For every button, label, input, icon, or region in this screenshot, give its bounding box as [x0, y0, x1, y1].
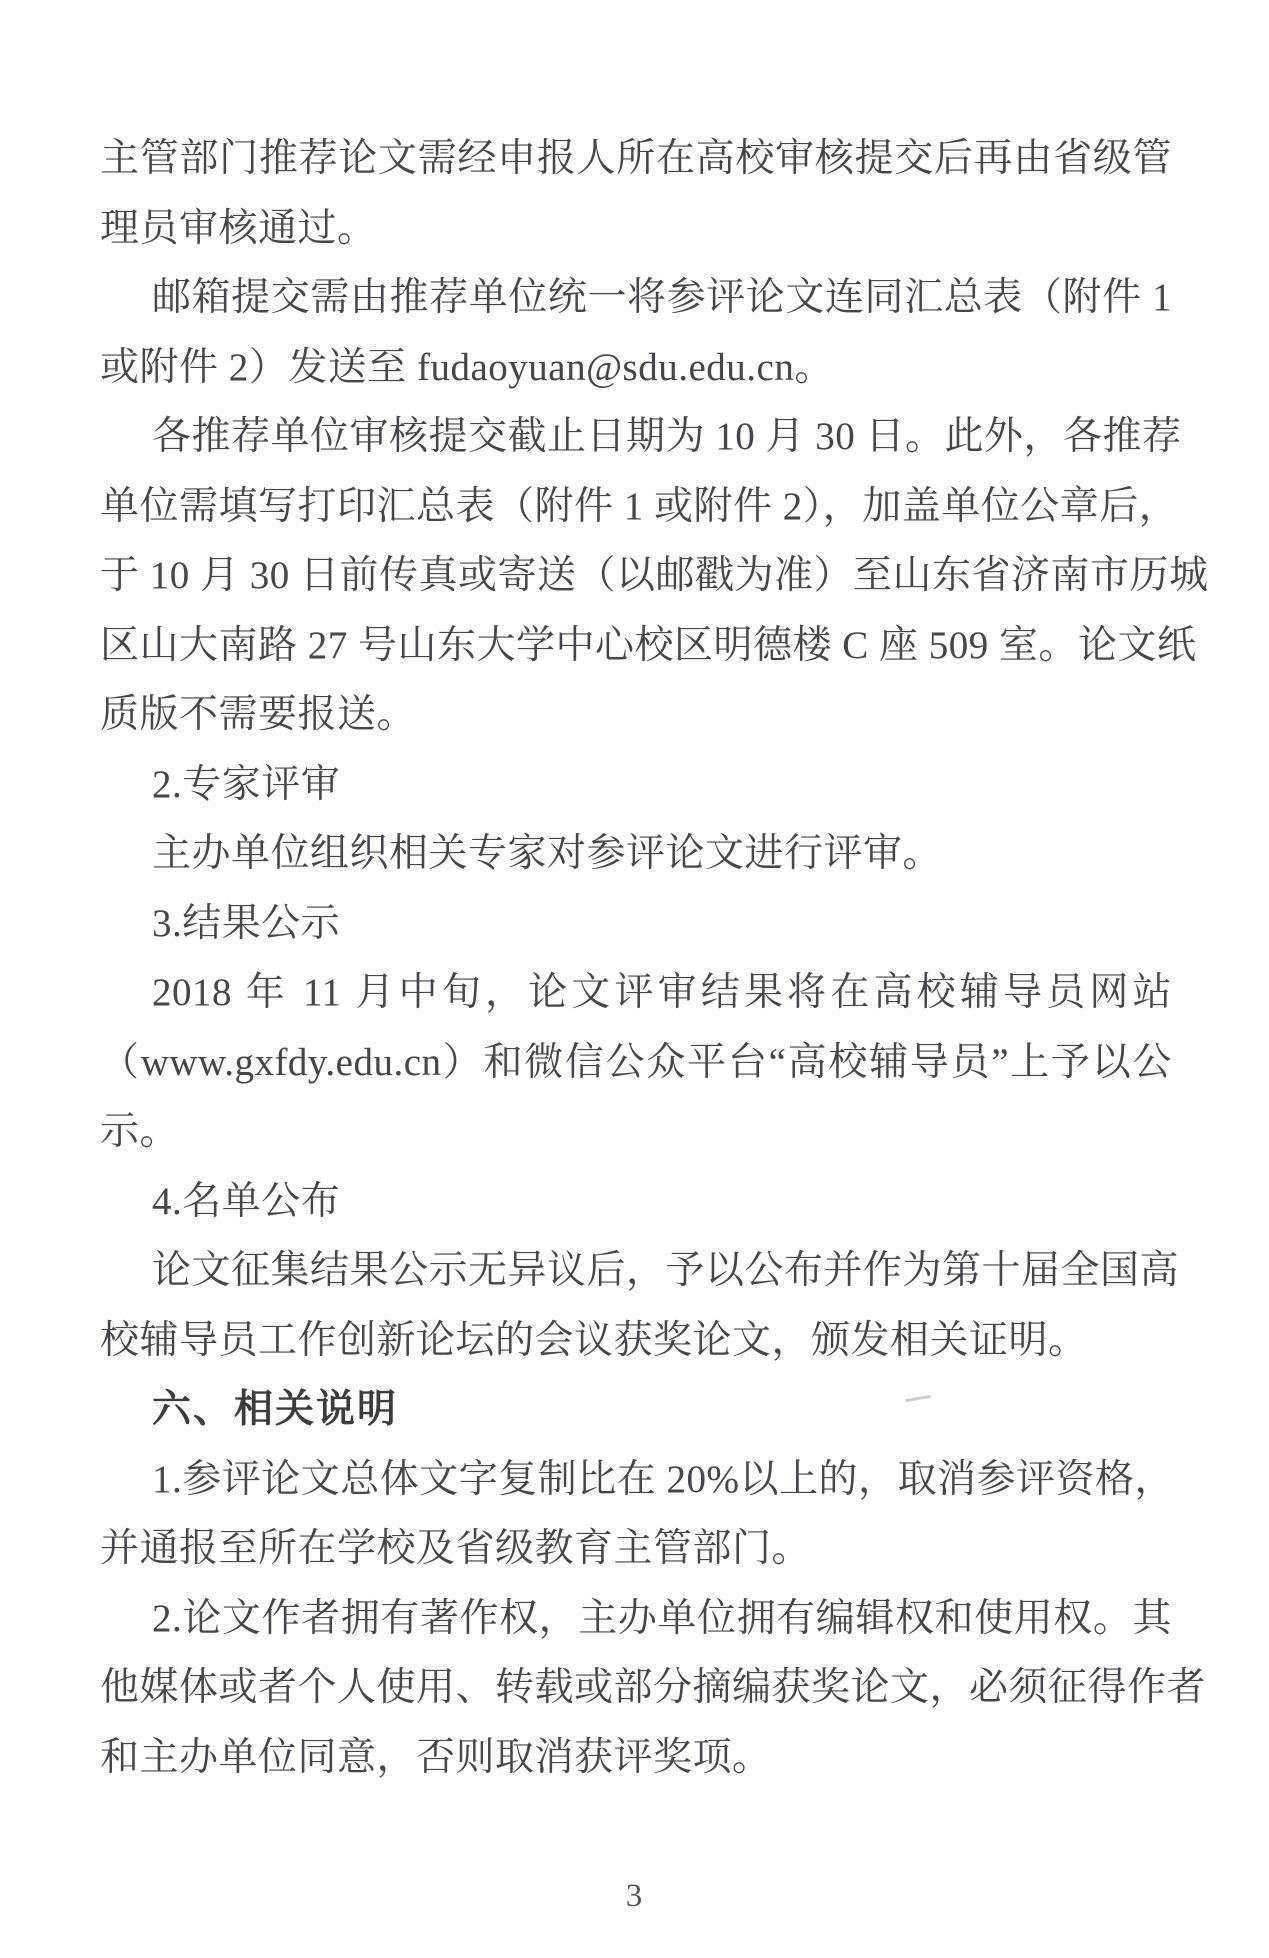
text-line: 示。 [100, 1097, 1172, 1167]
text-line: 和主办单位同意，否则取消获评奖项。 [100, 1723, 1172, 1793]
text-line: 单位需填写打印汇总表（附件 1 或附件 2），加盖单位公章后， [100, 472, 1172, 542]
text-line: 主管部门推荐论文需经申报人所在高校审核提交后再由省级管 [100, 124, 1172, 194]
text-line: 4.名单公布 [100, 1167, 1172, 1237]
text-line: 各推荐单位审核提交截止日期为 10 月 30 日。此外，各推荐 [100, 402, 1172, 472]
text-line: 主办单位组织相关专家对参评论文进行评审。 [100, 819, 1172, 889]
text-line: 校辅导员工作创新论坛的会议获奖论文，颁发相关证明。 [100, 1306, 1172, 1376]
text-line: 2.专家评审 [100, 750, 1172, 820]
text-line: 于 10 月 30 日前传真或寄送（以邮戳为准）至山东省济南市历城 [100, 541, 1172, 611]
text-line: 质版不需要报送。 [100, 680, 1172, 750]
text-line: （www.gxfdy.edu.cn）和微信公众平台“高校辅导员”上予以公 [100, 1028, 1172, 1098]
text-line: 3.结果公示 [100, 889, 1172, 959]
text-line: 论文征集结果公示无异议后，予以公布并作为第十届全国高 [100, 1236, 1172, 1306]
page-number: 3 [0, 1878, 1269, 1915]
text-line: 或附件 2）发送至 fudaoyuan@sdu.edu.cn。 [100, 333, 1172, 403]
text-line: 2018 年 11 月中旬，论文评审结果将在高校辅导员网站 [100, 958, 1172, 1028]
text-line: 1.参评论文总体文字复制比在 20%以上的，取消参评资格， [100, 1445, 1172, 1515]
text-line: 他媒体或者个人使用、转载或部分摘编获奖论文，必须征得作者 [100, 1653, 1172, 1723]
text-line: 邮箱提交需由推荐单位统一将参评论文连同汇总表（附件 1 [100, 263, 1172, 333]
text-line: 理员审核通过。 [100, 194, 1172, 264]
section-heading: 六、相关说明 [100, 1375, 1172, 1445]
document-body: 主管部门推荐论文需经申报人所在高校审核提交后再由省级管理员审核通过。邮箱提交需由… [100, 124, 1172, 1792]
text-line: 区山大南路 27 号山东大学中心校区明德楼 C 座 509 室。论文纸 [100, 611, 1172, 681]
text-line: 并通报至所在学校及省级教育主管部门。 [100, 1514, 1172, 1584]
document-page: 主管部门推荐论文需经申报人所在高校审核提交后再由省级管理员审核通过。邮箱提交需由… [0, 0, 1269, 1958]
text-line: 2.论文作者拥有著作权，主办单位拥有编辑权和使用权。其 [100, 1584, 1172, 1654]
